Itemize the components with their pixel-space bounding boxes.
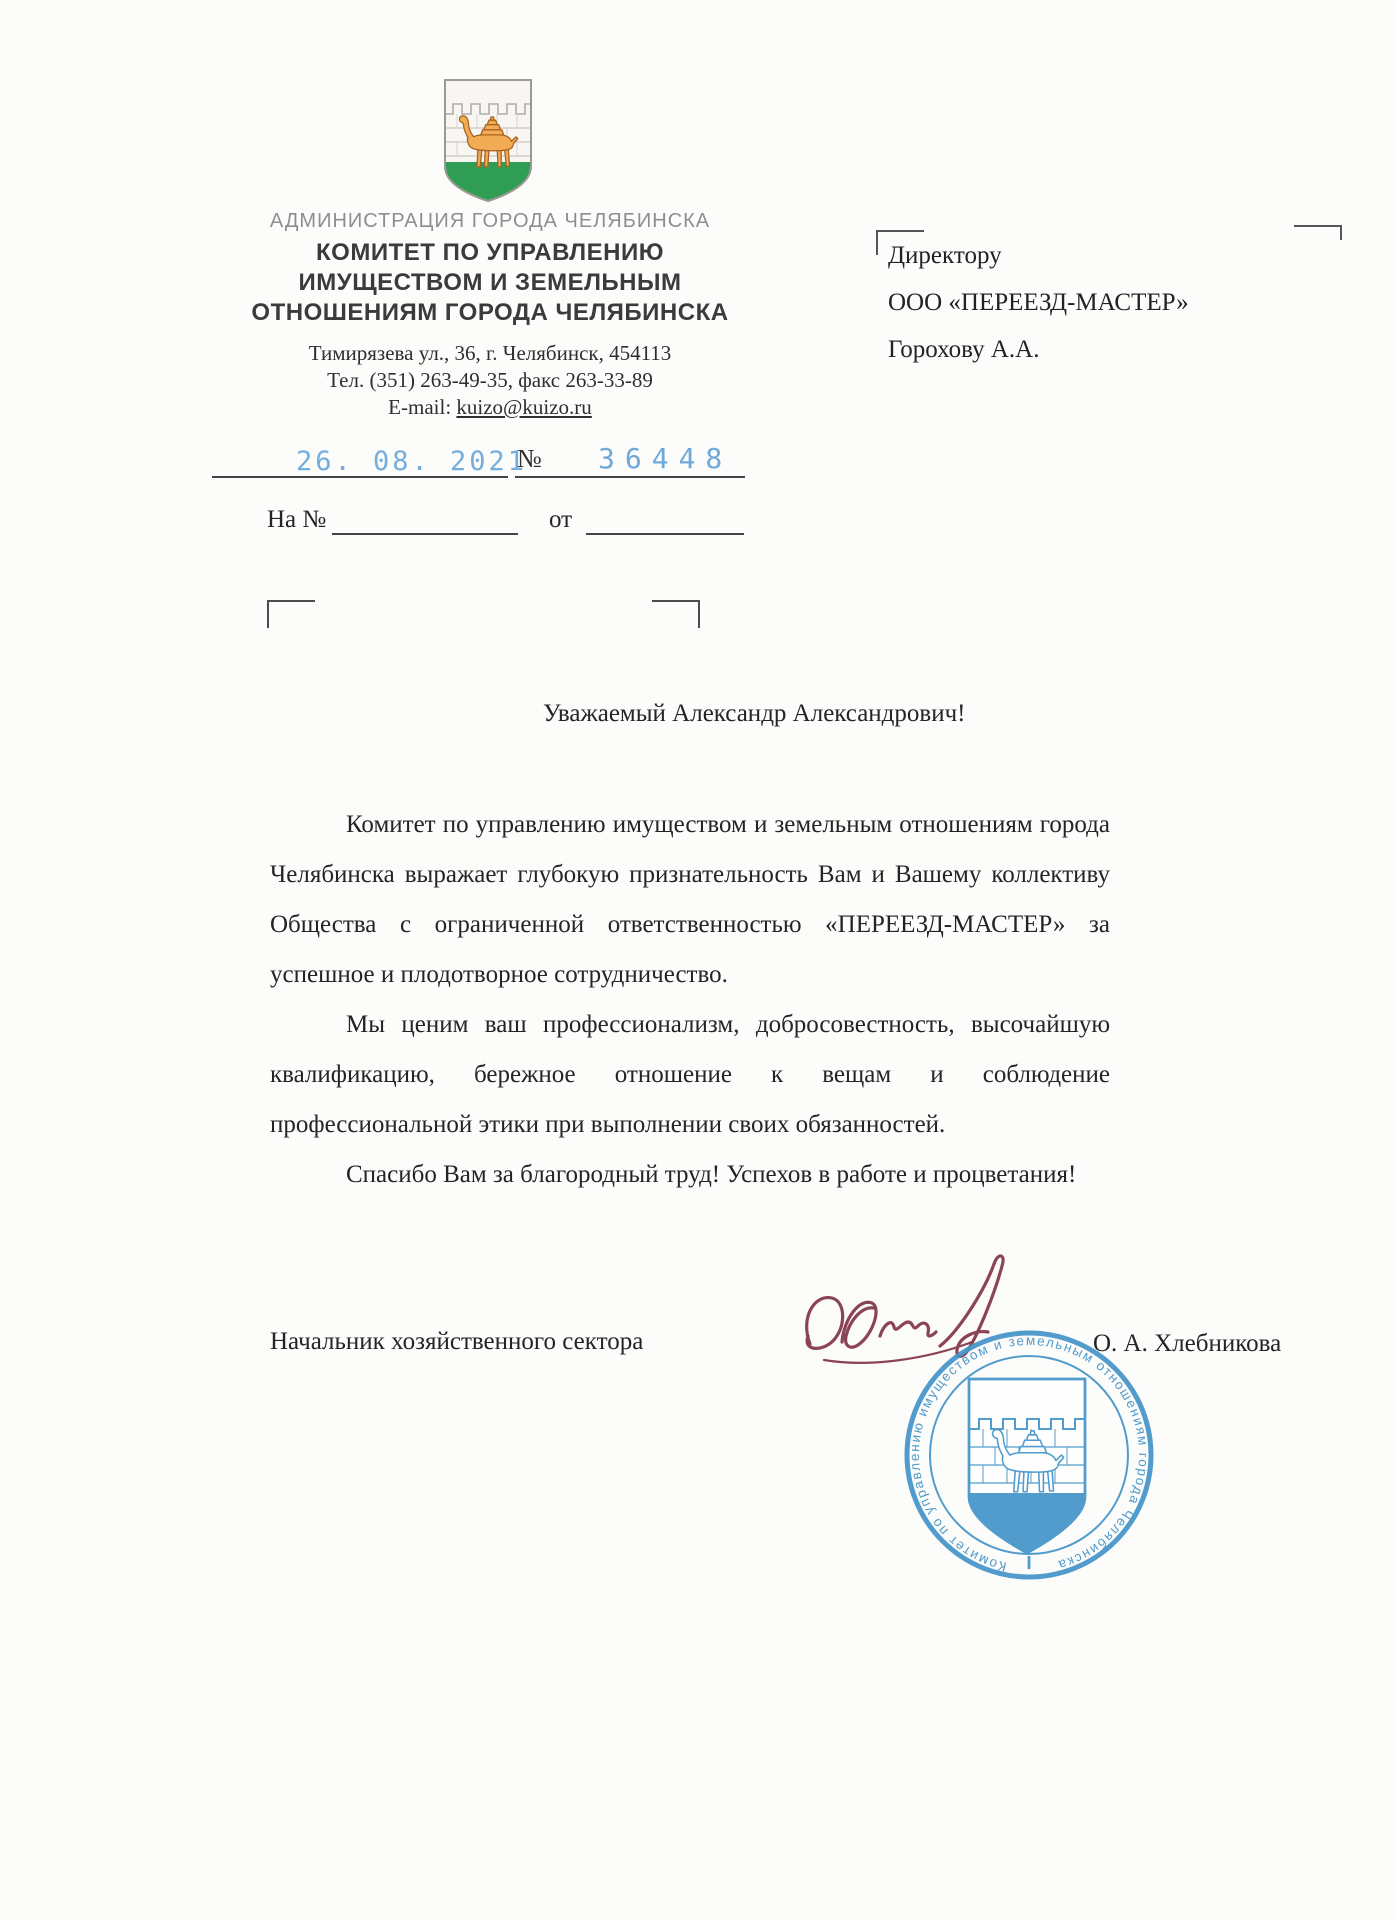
from-date-underline [586,533,744,535]
contact-block: Тимирязева ул., 36, г. Челябинск, 454113… [190,340,790,421]
date-stamp: 26. 08. 2021 [296,446,527,477]
body-corner-mark-left [267,600,315,628]
paragraph-gratitude: Комитет по управлению имуществом и земел… [270,800,1110,1000]
scanned-letter-page: АДМИНИСТРАЦИЯ ГОРОДА ЧЕЛЯБИНСКА КОМИТЕТ … [0,0,1396,1920]
in-reply-to-label: На № [267,506,326,534]
number-underline [515,476,745,478]
email-label: E-mail: [388,395,456,419]
recipient-person: Горохову А.А. [888,326,1328,373]
official-round-seal: Комитет по управлению имуществом и земел… [899,1325,1159,1585]
recipient-position: Директору [888,232,1328,279]
letter-body: Комитет по управлению имуществом и земел… [270,800,1110,1200]
committee-name: КОМИТЕТ ПО УПРАВЛЕНИЮ ИМУЩЕСТВОМ И ЗЕМЕЛ… [190,238,790,328]
signer-position-title: Начальник хозяйственного сектора [270,1328,643,1356]
from-date-label: от [549,506,572,534]
number-sign: № [517,444,542,474]
coat-of-arms-chelyabinsk-icon [437,74,539,206]
phone-fax: Тел. (351) 263-49-35, факс 263-33-89 [190,367,790,394]
committee-line-3: ОТНОШЕНИЯМ ГОРОДА ЧЕЛЯБИНСКА [190,298,790,328]
recipient-block: Директору ООО «ПЕРЕЕЗД-МАСТЕР» Горохову … [888,232,1328,373]
paragraph-appreciation: Мы ценим ваш профессионализм, добросовес… [270,1000,1110,1150]
salutation: Уважаемый Александр Александрович! [543,700,966,728]
paragraph-wishes: Спасибо Вам за благородный труд! Успехов… [270,1150,1110,1200]
recipient-company: ООО «ПЕРЕЕЗД-МАСТЕР» [888,279,1328,326]
seal-bottom-divider [1028,1556,1031,1569]
body-corner-mark-right [652,600,700,628]
administration-line: АДМИНИСТРАЦИЯ ГОРОДА ЧЕЛЯБИНСКА [190,210,790,233]
email-address: kuizo@kuizo.ru [456,395,591,419]
outgoing-number-stamp: 36448 [598,442,732,475]
committee-line-2: ИМУЩЕСТВОМ И ЗЕМЕЛЬНЫМ [190,268,790,298]
postal-address: Тимирязева ул., 36, г. Челябинск, 454113 [190,340,790,367]
in-reply-underline [332,533,518,535]
committee-line-1: КОМИТЕТ ПО УПРАВЛЕНИЮ [190,238,790,268]
email-line: E-mail: kuizo@kuizo.ru [190,394,790,421]
date-underline [212,476,508,478]
